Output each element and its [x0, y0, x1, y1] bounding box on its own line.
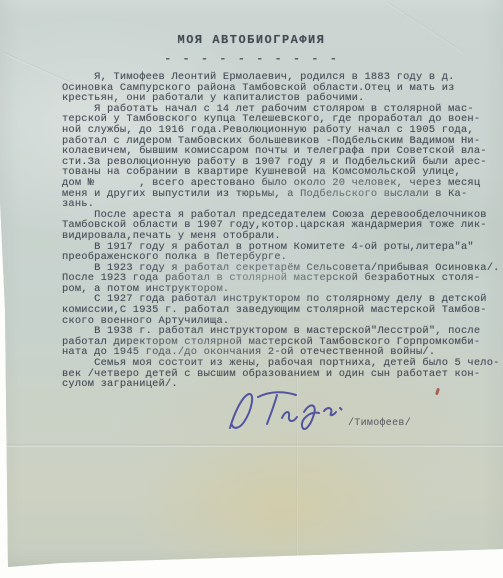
- typed-line: видировала,печать у меня отобрали.: [62, 231, 498, 242]
- document-paper: МОЯ АВТОБИОГРАФИЯ - - - - - - - - - - Я,…: [0, 0, 503, 578]
- title-underline: - - - - - - - - - -: [0, 52, 503, 66]
- typed-line: ной службы, до 1916 года.Революционную р…: [62, 125, 498, 136]
- paper-crease-horizontal: [0, 444, 503, 447]
- document-body: Я, Тимофеев Леонтий Ермолаевич, родился …: [62, 72, 498, 390]
- document-title: МОЯ АВТОБИОГРАФИЯ: [0, 33, 503, 47]
- typed-signature: /Тимофеев/: [348, 418, 411, 429]
- handwritten-signature: [222, 384, 352, 442]
- typed-line: Я, Тимофеев Леонтий Ермолаевич, родился …: [62, 72, 498, 83]
- typed-line: дом № , всего арестовано было около 20 ч…: [62, 178, 498, 189]
- scan-background: { "document": { "title": "МОЯ АВТОБИОГРА…: [0, 0, 503, 578]
- ink-speck: [435, 388, 440, 396]
- typed-line: меня и других выпустили из тюрьмы, а Под…: [62, 189, 498, 200]
